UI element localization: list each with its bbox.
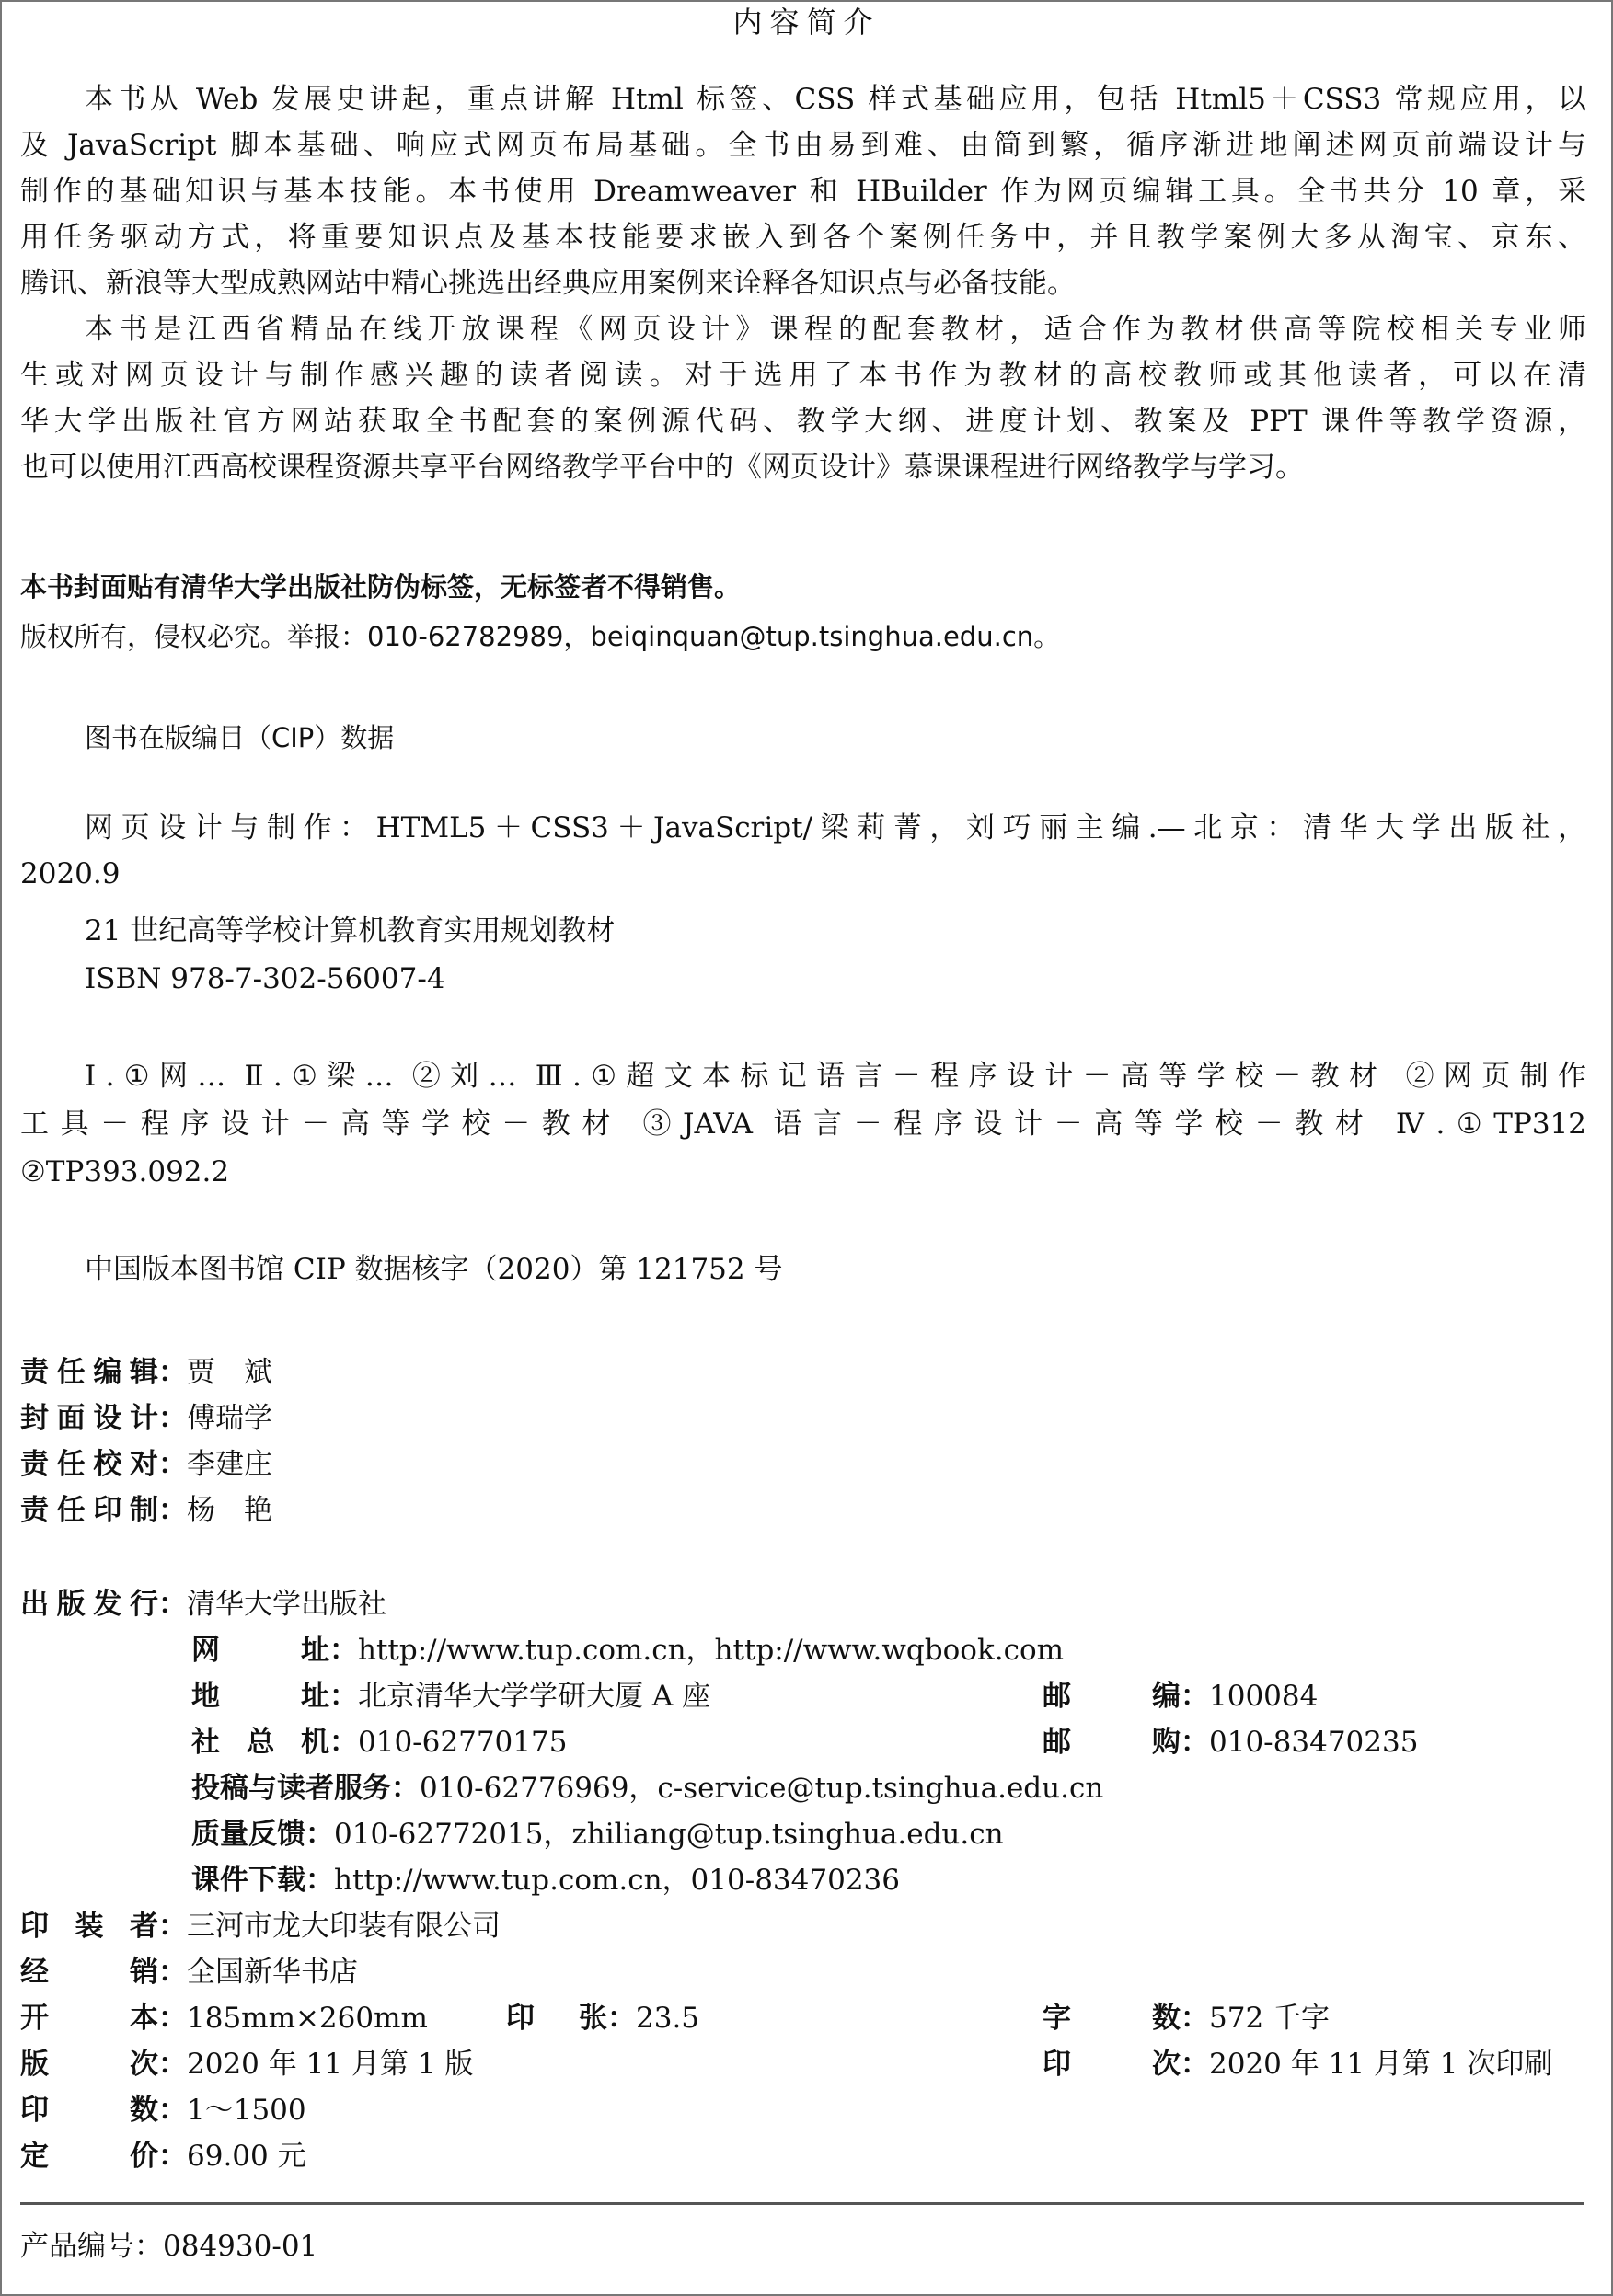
postcode-row: 邮编：100084 xyxy=(1043,1678,1318,1715)
intro-p1-line: 制作的基础知识与基本技能。本书使用 Dreamweaver 和 HBuilder… xyxy=(20,173,1586,210)
impression-row: 印次：2020 年 11 月第 1 次印刷 xyxy=(1043,2046,1552,2083)
staff-editor: 责任编辑：贾 斌 xyxy=(20,1354,272,1391)
cip-subjects: Ⅰ.①网… Ⅱ.①梁… ②刘… Ⅲ.①超文本标记语言－程序设计－高等学校－教材 … xyxy=(85,1058,1586,1095)
price-row: 定价：69.00 元 xyxy=(20,2138,306,2175)
website-row: 网址：http://www.tup.com.cn，http://www.wqbo… xyxy=(191,1632,1064,1669)
cip-entry: 网页设计与制作：HTML5＋CSS3＋JavaScript/梁莉菁，刘巧丽主编.… xyxy=(85,809,1586,846)
anti-counterfeit-notice: 本书封面贴有清华大学出版社防伪标签，无标签者不得销售。 xyxy=(20,568,741,605)
sheets-row: 印张：23.5 xyxy=(506,2000,699,2037)
intro-p1-line: 及 JavaScript 脚本基础、响应式网页布局基础。全书由易到难、由简到繁，… xyxy=(20,127,1586,164)
cip-subjects: ②TP393.092.2 xyxy=(20,1154,229,1190)
intro-p2-line: 生或对网页设计与制作感兴趣的读者阅读。对于选用了本书作为教材的高校教师或其他读者… xyxy=(20,357,1586,394)
intro-p2-line: 华大学出版社官方网站获取全书配套的案例源代码、教学大纲、进度计划、教案及 PPT… xyxy=(20,403,1586,440)
cip-isbn: ISBN 978-7-302-56007-4 xyxy=(85,960,445,997)
divider xyxy=(20,2202,1584,2205)
staff-printing: 责任印制：杨 艳 xyxy=(20,1492,272,1529)
cip-entry-cont: 2020.9 xyxy=(20,855,120,892)
value: 杨 艳 xyxy=(187,1494,272,1527)
label: 责任印制 xyxy=(20,1492,158,1529)
mailorder-row: 邮购：010-83470235 xyxy=(1043,1724,1418,1761)
distributor-row: 经销：全国新华书店 xyxy=(20,1954,358,1991)
printer-row: 印装者：三河市龙大印装有限公司 xyxy=(20,1908,501,1945)
label: 责任编辑 xyxy=(20,1354,158,1391)
intro-p1-line: 用任务驱动方式，将重要知识点及基本技能要求嵌入到各个案例任务中，并且教学案例大多… xyxy=(20,219,1586,256)
cip-series: 21 世纪高等学校计算机教育实用规划教材 xyxy=(85,913,615,949)
intro-p2-line: 本书是江西省精品在线开放课程《网页设计》课程的配套教材，适合作为教材供高等院校相… xyxy=(85,311,1586,348)
words-row: 字数：572 千字 xyxy=(1043,2000,1330,2037)
product-code-row: 产品编号：084930-01 xyxy=(20,2228,317,2265)
value: 李建庄 xyxy=(187,1448,272,1481)
value: 贾 斌 xyxy=(187,1356,272,1389)
label: 封面设计 xyxy=(20,1400,158,1437)
intro-p1-line: 腾讯、新浪等大型成熟网站中精心挑选出经典应用案例来诠释各知识点与必备技能。 xyxy=(20,265,1076,302)
format-row: 开本：185mm×260mm xyxy=(20,2000,428,2037)
service-row: 投稿与读者服务：010-62776969，c-service@tup.tsing… xyxy=(191,1770,1103,1807)
switchboard-row: 社总机：010-62770175 xyxy=(191,1724,567,1761)
cip-verification: 中国版本图书馆 CIP 数据核字（2020）第 121752 号 xyxy=(85,1251,782,1288)
cip-subjects: 工具－程序设计－高等学校－教材 ③JAVA 语言－程序设计－高等学校－教材 Ⅳ.… xyxy=(20,1106,1586,1142)
copyright-notice: 版权所有，侵权必究。举报：010-62782989，beiqinquan@tup… xyxy=(20,618,1060,655)
intro-p1-line: 本书从 Web 发展史讲起，重点讲解 Html 标签、CSS 样式基础应用，包括… xyxy=(85,81,1586,118)
cip-heading: 图书在版编目（CIP）数据 xyxy=(85,719,394,756)
feedback-row: 质量反馈：010-62772015，zhiliang@tup.tsinghua.… xyxy=(191,1816,1004,1853)
edition-row: 版次：2020 年 11 月第 1 版 xyxy=(20,2046,473,2083)
staff-cover-design: 封面设计：傅瑞学 xyxy=(20,1400,272,1437)
publisher-row: 出版发行：清华大学出版社 xyxy=(20,1586,386,1623)
copies-row: 印数：1～1500 xyxy=(20,2092,306,2129)
value: 傅瑞学 xyxy=(187,1402,272,1435)
label: 责任校对 xyxy=(20,1446,158,1483)
page-title: 内容简介 xyxy=(0,4,1613,40)
address-row: 地址：北京清华大学学研大厦 A 座 xyxy=(191,1678,710,1715)
download-row: 课件下载：http://www.tup.com.cn，010-83470236 xyxy=(191,1862,900,1899)
staff-proofreader: 责任校对：李建庄 xyxy=(20,1446,272,1483)
intro-p2-line: 也可以使用江西高校课程资源共享平台网络教学平台中的《网页设计》慕课课程进行网络教… xyxy=(20,449,1304,486)
